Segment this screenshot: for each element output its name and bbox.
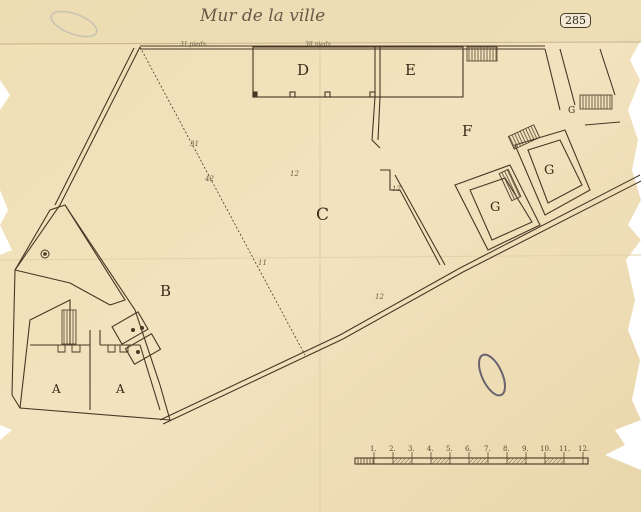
dimension-note: 11 xyxy=(258,259,267,267)
scale-tick-label: 3. xyxy=(408,445,415,453)
scale-tick-label: 8. xyxy=(503,445,510,453)
shelf-mark: 285 xyxy=(560,13,591,28)
room-label-g2: G xyxy=(544,163,554,178)
room-label-a1: A xyxy=(52,382,61,396)
dimension-note: 38 pieds xyxy=(305,41,331,48)
title-mur-de-la-ville: Mur de la ville xyxy=(200,6,325,26)
dimension-note: 12 xyxy=(392,185,401,193)
scale-tick-label: 5. xyxy=(446,445,453,453)
room-label-e: E xyxy=(405,61,416,79)
room-label-g1: G xyxy=(490,200,500,215)
dimension-note: 12 xyxy=(290,170,299,178)
room-label-g3: G xyxy=(568,106,575,116)
scale-tick-label: 10. xyxy=(540,445,551,453)
dimension-note: 42 xyxy=(205,175,214,183)
room-label-d: D xyxy=(297,61,309,79)
scale-tick-label: 11. xyxy=(559,445,570,453)
scale-tick-label: 4. xyxy=(427,445,434,453)
room-label-c: C xyxy=(316,205,329,225)
scale-tick-label: 9. xyxy=(522,445,529,453)
dimension-note: 31 xyxy=(190,140,199,148)
room-label-f: F xyxy=(462,122,472,140)
scale-tick-label: 7. xyxy=(484,445,491,453)
room-label-b: B xyxy=(160,282,171,300)
room-label-a2: A xyxy=(116,382,125,396)
scale-tick-label: 6. xyxy=(465,445,472,453)
scale-tick-label: 12. xyxy=(578,445,589,453)
dimension-note: 31 pieds xyxy=(180,41,206,48)
scale-tick-label: 1. xyxy=(370,445,377,453)
dimension-note: 12 xyxy=(375,293,384,301)
architectural-plan-sheet: Mur de la ville 285 A A B C D E F G G G … xyxy=(0,0,641,512)
scale-tick-label: 2. xyxy=(389,445,396,453)
plan-drawing xyxy=(0,0,641,512)
